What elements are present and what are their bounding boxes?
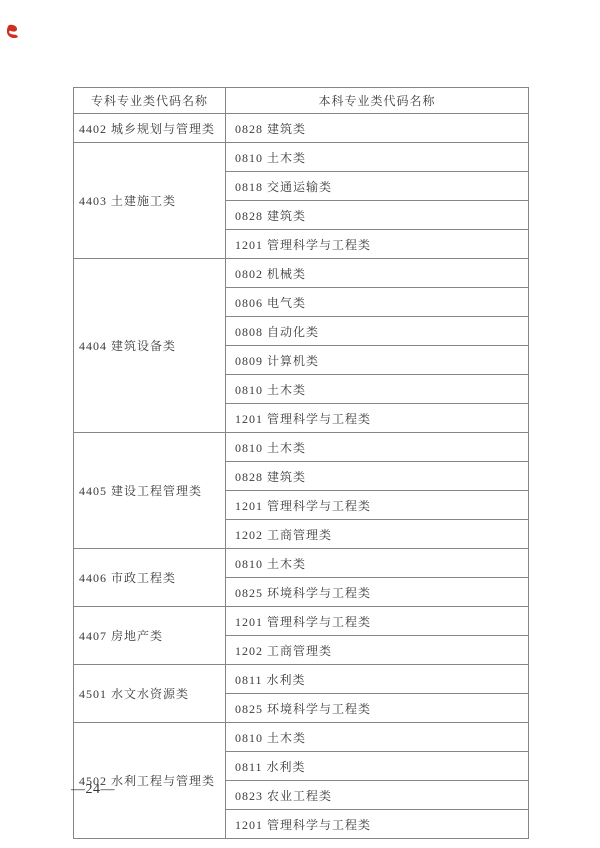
undergraduate-category-cell: 0810 土木类 bbox=[226, 549, 529, 578]
undergraduate-category-cell: 0810 土木类 bbox=[226, 143, 529, 172]
table-row: 4501 水文水资源类 0811 水利类 bbox=[74, 665, 529, 694]
undergraduate-category-cell: 0810 土木类 bbox=[226, 723, 529, 752]
undergraduate-category-cell: 0828 建筑类 bbox=[226, 462, 529, 491]
undergraduate-category-cell: 1201 管理科学与工程类 bbox=[226, 491, 529, 520]
header-vocational-category: 专科专业类代码名称 bbox=[74, 88, 226, 114]
undergraduate-category-cell: 0810 土木类 bbox=[226, 375, 529, 404]
undergraduate-category-cell: 1201 管理科学与工程类 bbox=[226, 607, 529, 636]
undergraduate-category-cell: 1201 管理科学与工程类 bbox=[226, 404, 529, 433]
table-row: 4404 建筑设备类 0802 机械类 bbox=[74, 259, 529, 288]
undergraduate-category-cell: 1202 工商管理类 bbox=[226, 636, 529, 665]
undergraduate-category-cell: 0825 环境科学与工程类 bbox=[226, 578, 529, 607]
table-row: 4402 城乡规划与管理类 0828 建筑类 bbox=[74, 114, 529, 143]
undergraduate-category-cell: 0828 建筑类 bbox=[226, 201, 529, 230]
undergraduate-category-cell: 0825 环境科学与工程类 bbox=[226, 694, 529, 723]
vocational-category-cell: 4402 城乡规划与管理类 bbox=[74, 114, 226, 143]
undergraduate-category-cell: 0823 农业工程类 bbox=[226, 781, 529, 810]
undergraduate-category-cell: 0809 计算机类 bbox=[226, 346, 529, 375]
undergraduate-category-cell: 0828 建筑类 bbox=[226, 114, 529, 143]
undergraduate-category-cell: 0806 电气类 bbox=[226, 288, 529, 317]
undergraduate-category-cell: 0810 土木类 bbox=[226, 433, 529, 462]
undergraduate-category-cell: 0811 水利类 bbox=[226, 752, 529, 781]
table-row: 4502 水利工程与管理类 0810 土木类 bbox=[74, 723, 529, 752]
table-row: 4406 市政工程类 0810 土木类 bbox=[74, 549, 529, 578]
undergraduate-category-cell: 1202 工商管理类 bbox=[226, 520, 529, 549]
undergraduate-category-cell: 0811 水利类 bbox=[226, 665, 529, 694]
undergraduate-category-cell: 0808 自动化类 bbox=[226, 317, 529, 346]
table-row: 4405 建设工程管理类 0810 土木类 bbox=[74, 433, 529, 462]
header-undergraduate-category: 本科专业类代码名称 bbox=[226, 88, 529, 114]
undergraduate-category-cell: 1201 管理科学与工程类 bbox=[226, 810, 529, 839]
undergraduate-category-cell: 1201 管理科学与工程类 bbox=[226, 230, 529, 259]
table-header-row: 专科专业类代码名称 本科专业类代码名称 bbox=[74, 88, 529, 114]
vocational-category-cell: 4406 市政工程类 bbox=[74, 549, 226, 607]
vocational-category-cell: 4502 水利工程与管理类 bbox=[74, 723, 226, 839]
vocational-category-cell: 4407 房地产类 bbox=[74, 607, 226, 665]
undergraduate-category-cell: 0802 机械类 bbox=[226, 259, 529, 288]
page-number: —24— bbox=[71, 782, 115, 798]
major-mapping-table-container: 专科专业类代码名称 本科专业类代码名称 4402 城乡规划与管理类 0828 建… bbox=[73, 87, 529, 839]
vocational-category-cell: 4404 建筑设备类 bbox=[74, 259, 226, 433]
vocational-category-cell: 4403 土建施工类 bbox=[74, 143, 226, 259]
table-row: 4407 房地产类 1201 管理科学与工程类 bbox=[74, 607, 529, 636]
vocational-category-cell: 4501 水文水资源类 bbox=[74, 665, 226, 723]
undergraduate-category-cell: 0818 交通运输类 bbox=[226, 172, 529, 201]
red-seal-mark-icon bbox=[7, 24, 19, 39]
major-mapping-table: 专科专业类代码名称 本科专业类代码名称 4402 城乡规划与管理类 0828 建… bbox=[73, 87, 529, 839]
vocational-category-cell: 4405 建设工程管理类 bbox=[74, 433, 226, 549]
table-row: 4403 土建施工类 0810 土木类 bbox=[74, 143, 529, 172]
